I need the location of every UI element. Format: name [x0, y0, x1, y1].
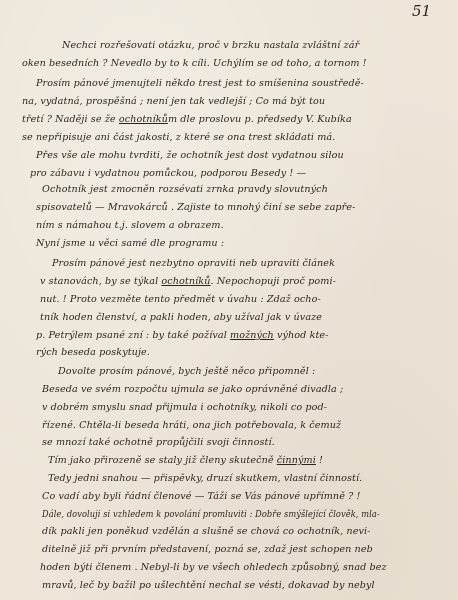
text-line: v stanovách, by se týkal ochotníků. Nepo…: [40, 276, 336, 287]
text-line: řízené. Chtěla-li beseda hráti, ona jich…: [42, 420, 341, 431]
text-line: dík pakli jen poněkud vzdělán a slušně s…: [42, 526, 371, 537]
text-line: Dále, dovoluji si vzhledem k povolání pr…: [42, 509, 380, 520]
text-line: v dobrém smyslu snad přijmula i ochotník…: [42, 402, 327, 413]
text-line: spisovatelů — Mravokárců . Zajiste to mn…: [36, 202, 355, 213]
text-line: oken besedních ? Nevedlo by to k cíli. U…: [22, 58, 367, 69]
text-line: třetí ? Naději se že ochotníkům dle pros…: [22, 114, 352, 125]
text-line: Prosím pánové jmenujteli někdo trest jes…: [36, 78, 364, 89]
text-line: Tím jako přirozeně se staly již členy sk…: [48, 455, 323, 466]
text-line: se mnozí také ochotně propůjčili svoji č…: [42, 437, 275, 448]
text-line: se nepřipisuje ani část jakosti, z které…: [22, 132, 335, 143]
manuscript-page: 51 Nechci rozřešovati otázku, proč v brz…: [0, 0, 458, 600]
text-line: Ochotník jest zmocněn rozsévati zrnka pr…: [42, 184, 328, 195]
text-line: rých beseda poskytuje.: [36, 347, 150, 358]
underlined-phrase: ochotníků: [161, 276, 210, 287]
page-number: 51: [412, 2, 431, 20]
text-line: pro zábavu i vydatnou pomůckou, podporou…: [30, 168, 306, 179]
underlined-phrase: činnými: [277, 455, 316, 466]
text-line: nut. ! Proto vezměte tento předmět v úva…: [40, 294, 321, 305]
text-line: tník hoden členství, a pakli hoden, aby …: [40, 312, 322, 323]
text-line: Tedy jedni snahou — přispěvky, druzí sku…: [48, 473, 362, 484]
text-line: Přes vše ale mohu tvrditi, že ochotník j…: [36, 150, 344, 161]
text-line: Dovolte prosím pánové, bych ještě něco p…: [58, 366, 315, 377]
text-line: Nyní jsme u věci samé dle programu :: [36, 238, 224, 249]
text-line: Beseda ve svém rozpočtu ujmula se jako o…: [42, 384, 343, 395]
text-line: Nechci rozřešovati otázku, proč v brzku …: [62, 40, 359, 51]
text-line: p. Petrýlem psané zní : by také požíval …: [36, 330, 329, 341]
underlined-phrase: ochotníků: [119, 114, 168, 125]
text-line: ním s námahou t.j. slovem a obrazem.: [36, 220, 224, 231]
underlined-phrase: možných: [230, 330, 274, 341]
text-line: na, vydatná, prospěšná ; není jen tak ve…: [22, 96, 325, 107]
text-line: Co vadí aby byli řádní členové — Táži se…: [42, 491, 360, 502]
text-line: Prosím pánové jest nezbytno opraviti neb…: [52, 258, 335, 269]
text-line: ditelně již při prvním představení, pozn…: [42, 544, 373, 555]
text-line: hoden býti členem . Nebyl-li by ve všech…: [40, 562, 387, 573]
text-line: mravů, leč by bažil po ušlechtění nechal…: [42, 580, 375, 591]
